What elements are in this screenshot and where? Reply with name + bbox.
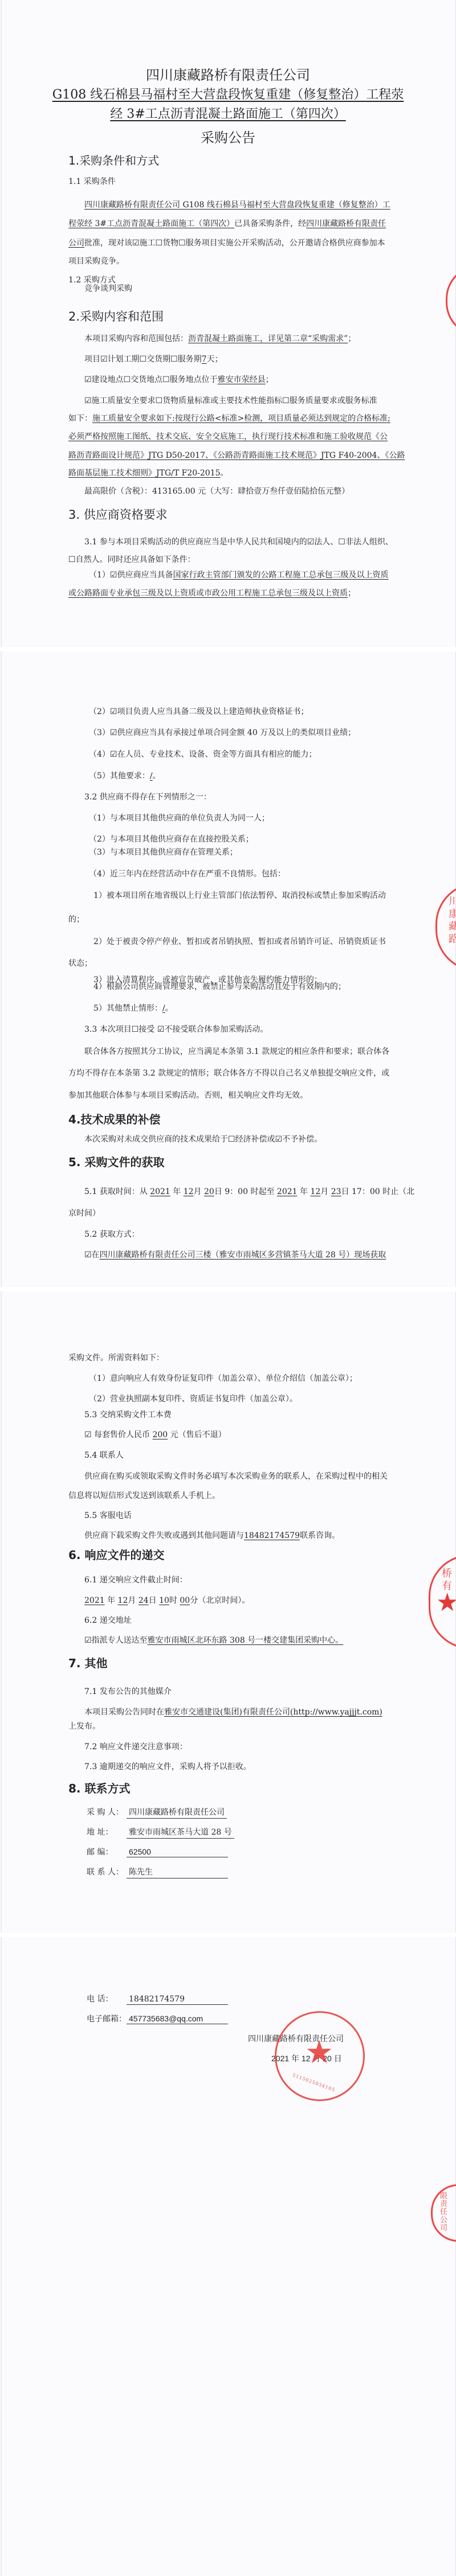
end-day: 23	[331, 1187, 341, 1196]
deadline-minute: 00	[180, 1596, 190, 1605]
period-unit: 天；	[207, 355, 223, 364]
purchase-condition-line1: 四川康藏路桥有限责任公司 G108 线石棉县马福村至大营盘段恢复重建（修复整治）…	[84, 199, 390, 211]
contact-person-label: 联 系 人：	[87, 1866, 127, 1877]
notice-title: 采购公告	[0, 126, 456, 146]
requirement-1-end: ；	[348, 589, 356, 598]
contact-row-email: 电子邮箱：457735683@qq.com	[87, 2013, 228, 2024]
acquisition-method-line2: 采购文件。所需资料如下：	[68, 1352, 164, 1364]
phone-value: 18482174579	[127, 1995, 228, 2005]
fee-label: ☑ 每套售价人民币	[84, 1430, 150, 1439]
purchaser-value: 四川康藏路桥有限责任公司	[127, 1806, 227, 1819]
service-label: 供应商下载采购文件失败或遇到其他问题请与	[84, 1531, 244, 1540]
fee-line: ☑ 每套售价人民币 200 元（售后不退）	[84, 1429, 226, 1441]
contact-row-phone: 电 话：18482174579	[87, 1993, 228, 2005]
requirement-3: （3）☑供应商应当具有承接过单项合同金额 40 万及以上的类似项目业绩；	[89, 727, 356, 739]
postcode-label: 邮 编：	[87, 1846, 127, 1857]
end-year: 2021	[277, 1187, 298, 1196]
section-1-heading: 1.采购条件和方式	[68, 151, 159, 168]
service-suffix: 联系咨询。	[300, 1531, 340, 1540]
requirement-5: （5）其他要求：/。	[89, 770, 161, 782]
supplier-intro-line1: 3.1 参与本项目采购活动的供应商应当是中华人民共和国境内的☑法人、☐非法人组织…	[84, 536, 393, 548]
contact-row-postcode: 邮 编：62500	[87, 1846, 228, 1857]
purchase-condition-approver: 四川康藏路桥有限责任	[306, 219, 386, 228]
purchase-condition-line3: 公司批准，现对该☑施工☐货物☐服务项目实施公开采购活动，公开邀请合格供应商参加本	[68, 237, 385, 249]
period-line: 项目☑计划工期☐交货期☐服务期7天；	[84, 353, 223, 366]
acquisition-location: 四川康藏路桥有限责任公司三楼（雅安市雨城区多营镇茶马大道 28 号）现场获取	[100, 1250, 386, 1260]
required-doc-2: （2）营业执照副本复印件、资质证书复印件（加盖公章）。	[89, 1393, 298, 1405]
exclusion-4-4: 4）根据公司供应商管理要求，被禁止参与采购活动且处于有效期内的；	[93, 981, 346, 993]
end-month: 12	[310, 1187, 320, 1196]
acquisition-time-label: 5.1 获取时间：从	[84, 1187, 148, 1196]
fee-note: 元（售后不退）	[170, 1430, 226, 1439]
exclusion-4-1-line1: 1）被本项目所在地省级以上行业主管部门依法暂停、取消投标或禁止参加采购活动	[93, 889, 386, 902]
contact-row-purchaser: 采 购 人：四川康藏路桥有限责任公司	[87, 1806, 227, 1819]
supplier-intro-line2: ☐自然人。同时还应具备如下条件：	[68, 553, 196, 566]
service-phone: 18482174579	[244, 1531, 300, 1540]
exclusion-4: （4）近三年内在经营活动中存在严重不良情形。包括：	[89, 868, 286, 880]
purchaser-label: 采 购 人：	[87, 1806, 127, 1818]
exclusion-4-5: 5）其他禁止情形：/。	[93, 1002, 173, 1015]
submission-notes-heading: 7.2 响应文件递交注意事项：	[84, 1741, 188, 1753]
service-line: 供应商下载采购文件失败或遇到其他问题请与18482174579联系咨询。	[84, 1529, 340, 1542]
contact-line1: 供应商在购买或领取采购文件时务必填写本次采购业务的联系人，在采购过程中的相关	[84, 1470, 388, 1483]
location-end: ；	[266, 375, 274, 384]
contact-row-address: 地 址：雅安市雨城区茶马大道 28 号	[87, 1826, 234, 1839]
scope-line: 本项目采购内容和范围包括：沥青混凝土路面施工，详见第二章“采购需求”；	[84, 333, 356, 345]
max-price: 最高限价（含税）：413165.00 元（大写：肆拾壹万叁仟壹佰陆拾伍元整）	[84, 485, 349, 498]
requirement-5-end: 。	[153, 772, 161, 781]
exclusion-4-2-line2: 状态；	[68, 957, 92, 970]
acquisition-time-line2: 京时间）	[68, 1207, 100, 1220]
quality-requirement: 施工质量安全要求如下:按现行公路<标准>检测，项目质量必须达到规定的合格标准;	[92, 414, 390, 423]
exclusion-4-1-line2: 的；	[68, 913, 84, 926]
section-2-heading: 2.采购内容和范围	[68, 307, 164, 325]
page-break	[0, 647, 456, 651]
seal-star-icon: ★	[305, 2037, 333, 2069]
end-time: 日 17：00 时止（北	[341, 1187, 415, 1196]
company-name: 四川康藏路桥有限责任公司	[0, 64, 456, 84]
seam-seal-text: 川康藏路	[445, 896, 456, 946]
scope-value: 沥青混凝土路面施工，详见第二章“采购需求”	[188, 334, 348, 343]
compensation-text: 本次采购对未成交供应商的技术成果给于☐经济补偿或☑不予补偿。	[84, 1133, 322, 1146]
project-title: G108 线石棉县马福村至大营盘段恢复重建（修复整治）工程荥	[0, 85, 456, 105]
address-line: ☑指派专人送达至雅安市雨城区北环东路 308 号一楼交建集团采购中心。	[84, 1634, 343, 1647]
scope-end: ；	[348, 334, 356, 343]
quality-line4: 路沥青路面设计规范》JTG D50-2017、《公路沥青路面施工技术规范》JTG…	[68, 449, 405, 462]
requirement-2: （2）☑项目负责人应当具备二级及以上建造师执业资格证书；	[89, 705, 308, 718]
quality-line5: 路面基层施工技术细则》JTG/T F20-2015。	[68, 467, 229, 479]
start-year: 2021	[150, 1187, 170, 1196]
consortium-line1: 联合体各方按照其分工协议，应当满足本条第 3.1 款规定的相应条件和要求；联合体…	[84, 1045, 389, 1058]
section-6-heading: 6. 响应文件的递交	[68, 1546, 164, 1562]
seam-seal-star-icon: ★	[436, 1590, 456, 1615]
purchase-condition-text: 已具备采购条件，经	[234, 219, 306, 228]
period-value: 7	[202, 355, 207, 364]
section-3-2-heading: 3.2 供应商不得存在下列情形之一：	[84, 791, 211, 803]
deadline-suffix: 分（北京时间）。	[190, 1596, 250, 1605]
location-value: 雅安市荥经县	[218, 375, 266, 384]
requirement-4: （4）☑在人员、专业技术、设备、资金等方面具有相应的能力；	[89, 748, 316, 761]
quality-line3: 必须严格按照施工图纸、技术交底、安全交底施工，执行现行技术标准和施工验收规范《公	[68, 430, 388, 443]
page-break	[0, 1933, 456, 1937]
start-day: 20	[204, 1187, 214, 1196]
exclusion-3: （3）与本项目其他供应商存在管理关系；	[89, 846, 238, 859]
seam-seal-text: 限责任公司	[437, 2192, 448, 2232]
media-link[interactable]: 雅安市交通建设(集团)有限责任公司(http://www.yajjjt.com)	[164, 1708, 382, 1717]
postcode-value: 62500	[127, 1847, 228, 1857]
required-doc-1: （1）意向响应人有效身份证复印件（加盖公章）、单位介绍信（加盖公章）；	[89, 1372, 357, 1385]
scope-label: 本项目采购内容和范围包括：	[84, 334, 188, 343]
period-label: 项目☑计划工期☐交货期☐服务期	[84, 355, 202, 364]
media-label: 本项目采购公告同时在	[84, 1708, 164, 1717]
exclusion-1: （1）与本项目其他供应商的单位负责人为同一人；	[89, 812, 270, 825]
page-break	[0, 1287, 456, 1291]
quality-line2: 如下：施工质量安全要求如下:按现行公路<标准>检测，项目质量必须达到规定的合格标…	[68, 412, 390, 425]
company-seal: ★ 5115025034105	[275, 2011, 365, 2101]
acquisition-method-line1: ☑在四川康藏路桥有限责任公司三楼（雅安市雨城区多营镇茶马大道 28 号）现场获取	[84, 1249, 386, 1261]
acquisition-method-heading: 5.2 获取方式：	[84, 1228, 140, 1241]
section-5-heading: 5. 采购文件的获取	[68, 1153, 164, 1170]
media-line2: 上发布。	[68, 1720, 100, 1733]
seal-code: 5115025034105	[292, 2073, 336, 2093]
consortium-policy: 3.3 本次项目☐接受 ☑不接受联合体参加采购活动。	[84, 1023, 268, 1036]
phone-label: 电 话：	[87, 1993, 127, 2004]
purchase-condition-project-cont: 程荥经 3#工点沥青混凝土路面施工（第四次）	[68, 219, 234, 228]
section-7-heading: 7. 其他	[68, 1654, 107, 1671]
start-month: 12	[184, 1187, 194, 1196]
purchase-condition-type: 批准，现对该☑施工☐货物☐服务项目实施公开采购活动，公开邀请合格供应商参加本	[84, 239, 385, 248]
section-1-1-heading: 1.1 采购条件	[68, 175, 116, 188]
address-heading: 6.2 递交地址	[84, 1614, 132, 1627]
section-3-heading: 3. 供应商资格要求	[68, 506, 168, 523]
section-4-heading: 4.技术成果的补偿	[68, 1110, 161, 1127]
deadline-day: 24	[139, 1596, 149, 1605]
exclusion-2: （2）与本项目其他供应商存在直接控股关系；	[89, 833, 254, 846]
email-label: 电子邮箱：	[87, 2013, 127, 2024]
purchase-condition-line2: 程荥经 3#工点沥青混凝土路面施工（第四次）已具备采购条件，经四川康藏路桥有限责…	[68, 218, 386, 230]
contact-line2: 信息将以短信形式发送到该联系人手机上。	[68, 1490, 220, 1502]
purchase-condition-project: 四川康藏路桥有限责任公司 G108 线石棉县马福村至大营盘段恢复重建（修复整治）…	[84, 200, 390, 210]
consortium-line2: 方均不得存在本条第 3.2 款规定的情形；联合体各方不得以自己名义单独提交响应文…	[68, 1067, 389, 1080]
contact-row-person: 联 系 人：陈先生	[87, 1866, 228, 1878]
requirement-1-prefix: （1）☑供应商应当具备	[89, 571, 173, 580]
quality-line1: ☑施工质量安全要求☐货物质量标准或主要技术性能指标☐服务质量要求或服务标准	[84, 395, 377, 407]
deadline-month: 12	[118, 1596, 128, 1605]
location-line: ☑建设地点☐交货地点☐服务地点位于雅安市荥经县；	[84, 374, 274, 386]
contact-heading: 5.4 联系人	[84, 1449, 124, 1462]
address-label: ☑指派专人送达至	[84, 1636, 148, 1645]
requirement-1-qualification-cont: 或公路路面专业承包三级及以上资质或市政公用工程施工总承包三级及以上资质	[68, 589, 348, 598]
exclusion-4-5-label: 5）其他禁止情形：	[93, 1004, 162, 1013]
project-title-line1: G108 线石棉县马福村至大营盘段恢复重建（修复整治）工程荥	[52, 88, 404, 102]
contact-person-value: 陈先生	[127, 1866, 228, 1878]
service-heading: 5.5 客服电话	[84, 1509, 132, 1522]
section-8-heading: 8. 联系方式	[68, 1779, 130, 1796]
submission-address: 雅安市雨城区北环东路 308 号一楼交建集团采购中心。	[148, 1636, 344, 1645]
consortium-line3: 参加其他联合体参与本项目采购活动。否则，相关响应文件均无效。	[68, 1089, 308, 1102]
deadline-heading: 6.1 递交响应文件截止时间：	[84, 1574, 188, 1586]
requirement-1-qualification: 国家行政主管部门颁发的公路工程施工总承包三级及以上资质	[173, 571, 388, 580]
purchase-condition-line4: 项目采购竞争。	[68, 255, 124, 268]
project-title-line2: 经 3#工点沥青混凝土路面施工（第四次）	[110, 107, 345, 121]
quality-prefix: 如下：	[68, 414, 92, 423]
quality-end: 。	[221, 469, 229, 478]
procurement-method: 竞争谈判采购	[84, 282, 132, 295]
exclusion-4-5-end: 。	[165, 1004, 173, 1013]
deadline-year: 2021	[84, 1596, 105, 1605]
deadline-hour: 10	[159, 1596, 169, 1605]
media-line1: 本项目采购公告同时在雅安市交通建设(集团)有限责任公司(http://www.y…	[84, 1706, 382, 1718]
address-label: 地 址：	[87, 1826, 127, 1837]
address-value: 雅安市雨城区茶马大道 28 号	[127, 1826, 234, 1839]
requirement-5-label: （5）其他要求：	[89, 772, 150, 781]
location-label: ☑建设地点☐交货地点☐服务地点位于	[84, 375, 218, 384]
quality-standard-ref: 路面基层施工技术细则》JTG/T F20-2015	[68, 469, 221, 478]
late-submission-note: 7.3 逾期递交的响应文件，采购人将予以拒收。	[84, 1761, 251, 1773]
fee-heading: 5.3 交纳采购文件工本费	[84, 1409, 172, 1421]
acquisition-method-checkbox: ☑在	[84, 1250, 100, 1260]
purchase-condition-approver-cont: 公司	[68, 239, 84, 248]
document-page-4	[1, 1937, 456, 2576]
start-time: 日 9：00 时起至	[214, 1187, 275, 1196]
exclusion-4-2-line1: 2）处于被责令停产停业、暂扣或者吊销执照、暂扣或者吊销许可证、吊销资质证书	[93, 936, 386, 948]
email-value[interactable]: 457735683@qq.com	[127, 2014, 228, 2024]
media-heading: 7.1 发布公告的其他媒介	[84, 1685, 172, 1698]
acquisition-time-line1: 5.1 获取时间：从 2021 年 12月 20日 9：00 时起至 2021 …	[84, 1186, 414, 1198]
requirement-1-line1: （1）☑供应商应当具备国家行政主管部门颁发的公路工程施工总承包三级及以上资质	[89, 569, 388, 581]
requirement-1-line2: 或公路路面专业承包三级及以上资质或市政公用工程施工总承包三级及以上资质；	[68, 587, 356, 600]
fee-value: 200	[152, 1430, 168, 1439]
deadline-value: 2021 年 12月 24日 10时 00分（北京时间）。	[84, 1594, 250, 1607]
project-title-2: 经 3#工点沥青混凝土路面施工（第四次）	[0, 105, 456, 124]
